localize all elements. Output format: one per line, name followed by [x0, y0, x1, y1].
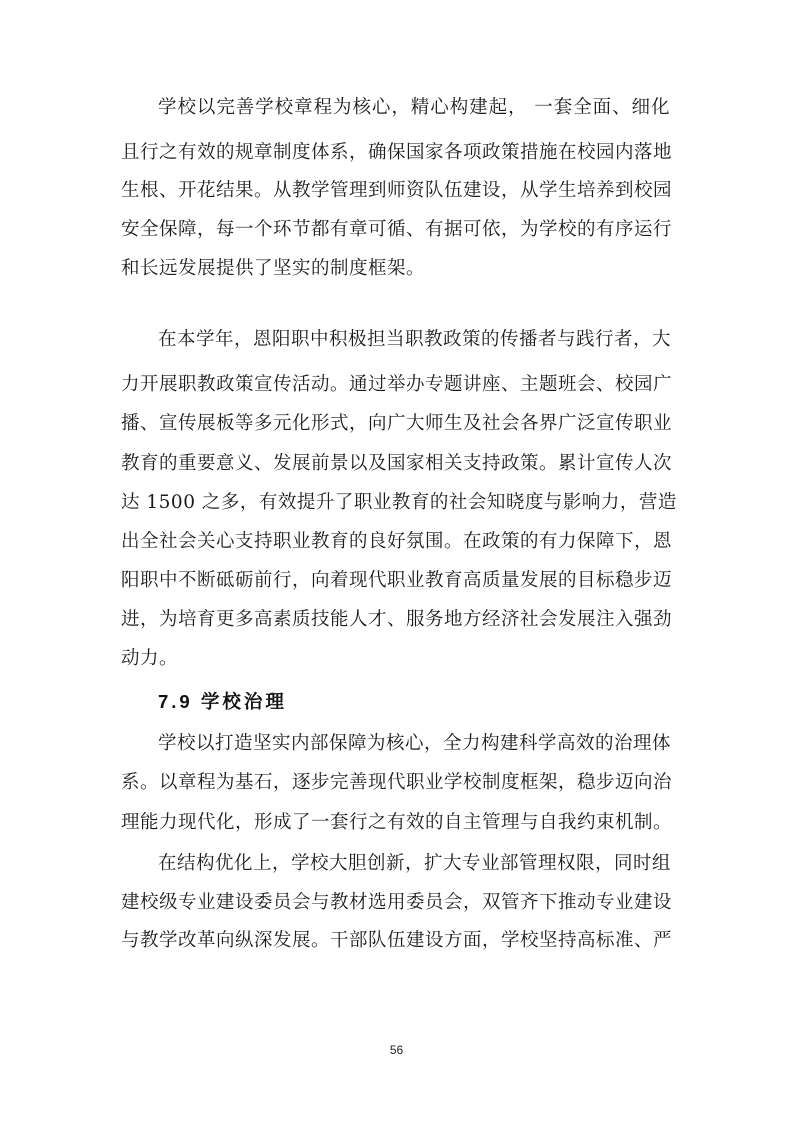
section-paragraph-1-line-1: 学校以打造坚实内部保障为核心，全力构建科学高效的治理体	[158, 731, 670, 757]
paragraph-2-line-1: 在本学年，恩阳职中积极担当职教政策的传播者与践行者，大	[158, 327, 670, 353]
section-paragraph-2-line-2: 建校级专业建设委员会与教材选用委员会，双管齐下推动专业建设	[121, 890, 670, 916]
paragraph-1-line-2: 且行之有效的规章制度体系，确保国家各项政策措施在校园内落地	[121, 140, 670, 166]
paragraph-2-line-4: 教育的重要意义、发展前景以及国家相关支持政策。累计宣传人次	[121, 451, 670, 477]
paragraph-2-line-6: 出全社会关心支持职业教育的良好氛围。在政策的有力保障下，恩	[121, 529, 670, 555]
paragraph-2-line-3: 播、宣传展板等多元化形式，向广大师生及社会各界广泛宣传职业	[121, 411, 670, 437]
section-paragraph-2-line-3: 与教学改革向纵深发展。干部队伍建设方面，学校坚持高标准、严	[121, 928, 670, 954]
paragraph-2-line-8: 进，为培育更多高素质技能人才、服务地方经济社会发展注入强劲	[121, 607, 670, 633]
paragraph-2-line-7: 阳职中不断砥砺前行，向着现代职业教育高质量发展的目标稳步迈	[121, 568, 670, 594]
section-paragraph-2-line-1: 在结构优化上，学校大胆创新，扩大专业部管理权限，同时组	[158, 851, 670, 877]
paragraph-2-line-5: 达 1500 之多，有效提升了职业教育的社会知晓度与影响力，营造	[121, 490, 670, 516]
section-paragraph-1-line-2: 系。以章程为基石，逐步完善现代职业学校制度框架，稳步迈向治	[121, 770, 670, 796]
paragraph-1-line-3: 生根、开花结果。从教学管理到师资队伍建设，从学生培养到校园	[121, 178, 670, 204]
section-heading: 7.9 学校治理	[158, 689, 287, 715]
paragraph-2-line-9: 动力。	[121, 646, 670, 672]
page-number: 56	[0, 1043, 793, 1057]
paragraph-2-line-2: 力开展职教政策宣传活动。通过举办专题讲座、主题班会、校园广	[121, 372, 670, 398]
document-page: 学校以完善学校章程为核心，精心构建起， 一套全面、细化 且行之有效的规章制度体系…	[0, 0, 793, 1122]
paragraph-1-line-1: 学校以完善学校章程为核心，精心构建起， 一套全面、细化	[158, 95, 670, 121]
paragraph-1-line-5: 和长远发展提供了坚实的制度框架。	[121, 256, 670, 282]
paragraph-1-line-4: 安全保障，每一个环节都有章可循、有据可依，为学校的有序运行	[121, 217, 670, 243]
section-paragraph-1-line-3: 理能力现代化，形成了一套行之有效的自主管理与自我约束机制。	[121, 810, 670, 836]
